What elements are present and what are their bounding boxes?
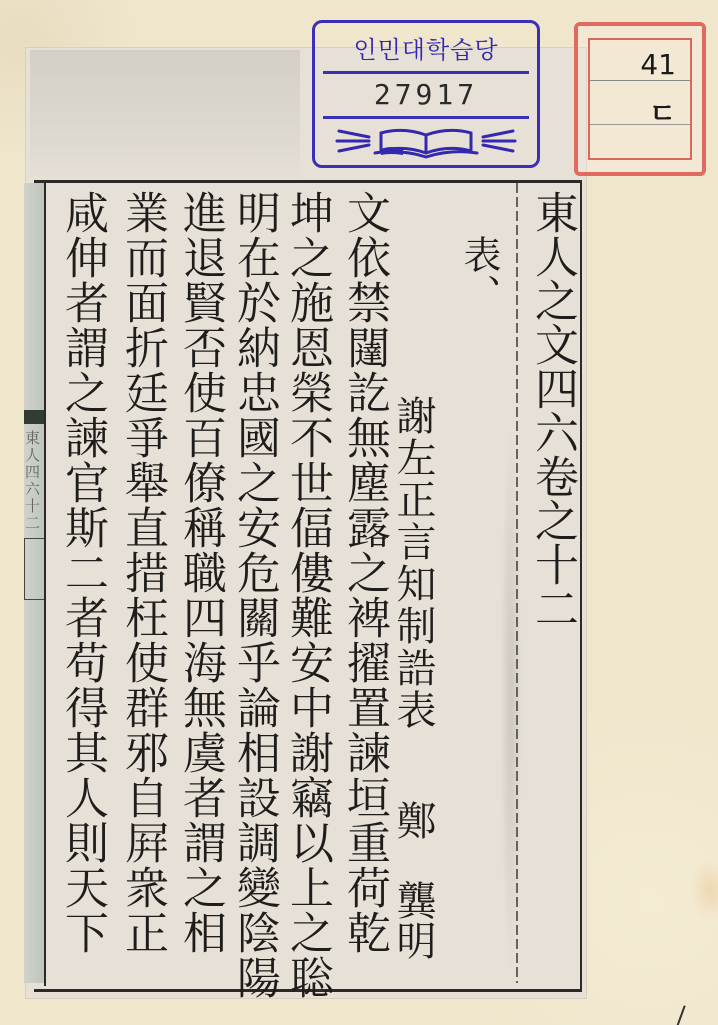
open-book-icon xyxy=(331,123,521,159)
body-column-1: 文依禁闥訖無塵露之裨擢置諫垣重荷乾 xyxy=(342,190,386,955)
book-title-column: 東人之文四六卷之十二 xyxy=(530,190,574,630)
stain xyxy=(690,860,718,920)
piece-heading: 謝左正言知制誥表 xyxy=(393,395,433,731)
author-given-name: 龔明 xyxy=(393,880,433,960)
body-column-5: 業而面折廷爭舉直措枉使群邪自屛衆正 xyxy=(120,190,164,955)
library-name: 인민대학습당 xyxy=(323,29,529,74)
page-top-shade xyxy=(30,50,300,180)
section-label: 表、 xyxy=(460,235,498,313)
accession-number: 27917 xyxy=(323,74,529,119)
call-number-stamp: 41 ㄷ xyxy=(574,22,706,176)
emblem-row xyxy=(323,119,529,161)
body-column-6: 咸伸者謂之諫官斯二者苟得其人則天下 xyxy=(60,190,104,955)
frame-left-border xyxy=(44,183,46,986)
library-stamp: 인민대학습당 27917 xyxy=(312,20,540,168)
call-number-line-1: 41 xyxy=(640,48,676,81)
call-number-inner-box: 41 ㄷ xyxy=(588,38,692,160)
body-column-4: 進退賢否使百僚稱職四海無虞者謂之相 xyxy=(178,190,222,955)
ink-smudge xyxy=(500,420,522,980)
body-column-2: 坤之施恩榮不世偪僂難安中謝竊以上之聡 xyxy=(285,190,329,1000)
author-surname: 鄭 xyxy=(393,800,433,841)
body-column-3: 明在於納忠國之安危關乎論相設調變陰陽 xyxy=(232,190,276,1000)
call-number-line-2: ㄷ xyxy=(649,92,676,132)
